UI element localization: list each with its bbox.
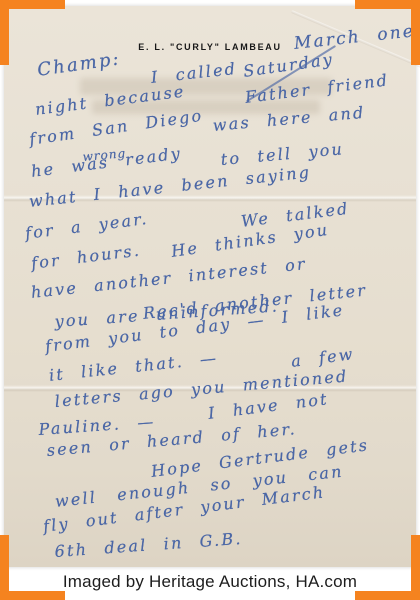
auction-image-canvas: E. L. "CURLY" LAMBEAU March one. Champ: … [0, 0, 420, 600]
corner-bracket-bottom-right-icon [355, 535, 420, 600]
corner-bracket-bottom-left-icon [0, 535, 65, 600]
corner-bracket-top-left-icon [0, 0, 65, 65]
corner-bracket-top-right-icon [355, 0, 420, 65]
